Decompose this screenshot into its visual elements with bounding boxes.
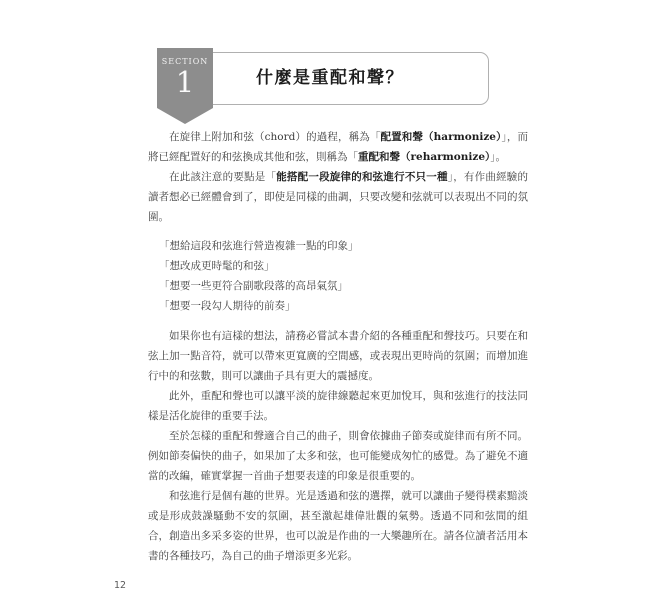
page-title: 什麼是重配和聲？: [256, 53, 404, 104]
quote-line: 「想給這段和弦進行營造複雜一點的印象」: [148, 236, 528, 256]
text-run: 在旋律上附加和弦（chord）的過程，稱為「: [169, 131, 381, 143]
quote-line: 「想改成更時髦的和弦」: [148, 256, 528, 276]
quote-block: 「想給這段和弦進行營造複雜一點的印象」「想改成更時髦的和弦」「想要一些更符合副歌…: [148, 236, 528, 316]
book-page: 什麼是重配和聲？ SECTION 1 在旋律上附加和弦（chord）的過程，稱為…: [0, 0, 655, 609]
section-banner: SECTION 1: [157, 48, 213, 124]
text-run: 」。: [490, 151, 506, 163]
page-number: 12: [114, 580, 126, 591]
text-run: 和弦進行是個有趣的世界。光是透過和弦的選擇，就可以讓曲子變得樸素黯淡或是形成鼓譟…: [148, 490, 528, 562]
quote-line: 「想要一些更符合副歌段落的高昂氣氛」: [148, 276, 528, 296]
paragraph: 和弦進行是個有趣的世界。光是透過和弦的選擇，就可以讓曲子變得樸素黯淡或是形成鼓譟…: [148, 486, 528, 566]
paragraph: 在旋律上附加和弦（chord）的過程，稱為「配置和聲（harmonize）」，而…: [148, 127, 528, 167]
paragraph: 在此該注意的要點是「能搭配一段旋律的和弦進行不只一種」，有作曲經驗的讀者想必已經…: [148, 167, 528, 227]
paragraph: 至於怎樣的重配和聲適合自己的曲子，則會依據曲子節奏或旋律而有所不同。例如節奏偏快…: [148, 426, 528, 486]
bold-text-run: 重配和聲（reharmonize）: [358, 151, 490, 163]
body-text: 在旋律上附加和弦（chord）的過程，稱為「配置和聲（harmonize）」，而…: [148, 127, 528, 566]
body-paragraph-group: 如果你也有這樣的想法，請務必嘗試本書介紹的各種重配和聲技巧。只要在和弦上加一點音…: [148, 326, 528, 566]
paragraph: 如果你也有這樣的想法，請務必嘗試本書介紹的各種重配和聲技巧。只要在和弦上加一點音…: [148, 326, 528, 386]
text-run: 在此該注意的要點是「: [169, 171, 276, 183]
section-title-box: 什麼是重配和聲？: [200, 52, 489, 105]
bold-text-run: 配置和聲（harmonize）: [381, 131, 502, 143]
paragraph: 此外，重配和聲也可以讓平淡的旋律線聽起來更加悅耳，與和弦進行的技法同樣是活化旋律…: [148, 386, 528, 426]
quote-line: 「想要一段勾人期待的前奏」: [148, 296, 528, 316]
bold-text-run: 能搭配一段旋律的和弦進行不只一種: [276, 171, 448, 183]
intro-paragraph-group: 在旋律上附加和弦（chord）的過程，稱為「配置和聲（harmonize）」，而…: [148, 127, 528, 227]
text-run: 此外，重配和聲也可以讓平淡的旋律線聽起來更加悅耳，與和弦進行的技法同樣是活化旋律…: [148, 390, 528, 422]
text-run: 至於怎樣的重配和聲適合自己的曲子，則會依據曲子節奏或旋律而有所不同。例如節奏偏快…: [148, 430, 528, 482]
section-number: 1: [157, 67, 213, 97]
text-run: 如果你也有這樣的想法，請務必嘗試本書介紹的各種重配和聲技巧。只要在和弦上加一點音…: [148, 330, 528, 382]
